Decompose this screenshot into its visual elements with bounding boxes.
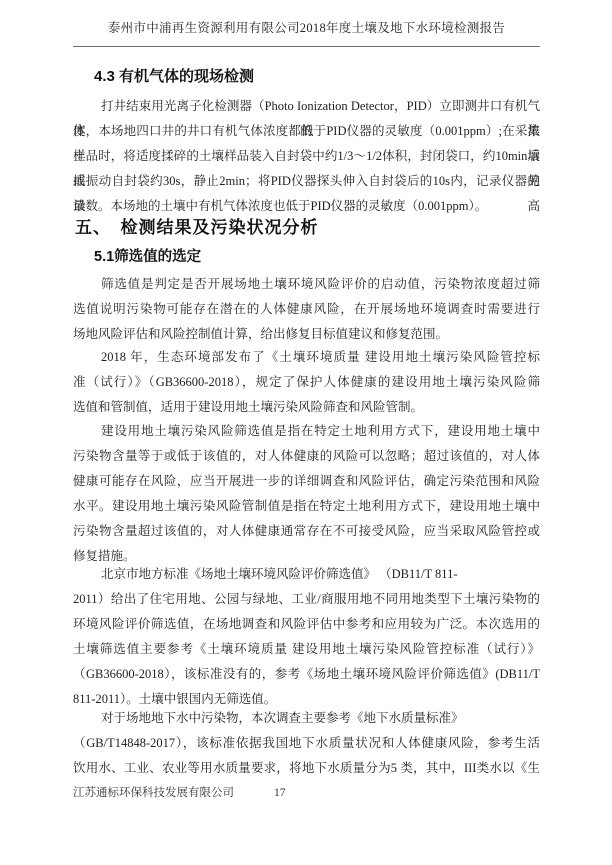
section-heading-4-3: 4.3 有机气体的现场检测 (94, 65, 254, 89)
paragraph-screening-control-values: 建设用地土壤污染风险筛选值是指在特定土地利用方式下，建设用地土壤中污染物含量等于… (73, 419, 540, 569)
header-divider (73, 46, 540, 47)
text-line: 打井结束用光离子化检测器（Photo Ionization Detector，P… (73, 94, 540, 119)
text-line: 场地风险评估和风险控制值计算，给出修复目标值建议和修复范围。 (73, 322, 540, 347)
text-line: 土壤筛选值主要参考《土壤环境质量 建设用地土壤污染风险管控标准（试行）》 (73, 637, 540, 662)
text-line: 样品时，将适度揉碎的土壤样品装入自封袋中约1/3～1/2体积，封闭袋口，约10m… (73, 144, 540, 169)
text-line: 污染物含量等于或低于该值的，对人体健康的风险可以忽略；超过该值的，对人体 (73, 444, 540, 469)
text-line: 选值和管制值，适用于建设用地土壤污染风险筛查和风险管制。 (73, 395, 540, 420)
document-page: 泰州市中浦再生资源利用有限公司2018年度土壤及地下水环境检测报告 4.3 有机… (0, 0, 612, 865)
text-line: 对于场地地下水中污染物，本次调查主要参考《地下水质量标准》 (73, 706, 540, 731)
header-title: 泰州市中浦再生资源利用有限公司2018年度土壤及地下水环境检测报告 (73, 20, 540, 36)
text-line: 准（试行）》（GB36600-2018），规定了保护人体健康的建设用地土壤污染风… (73, 370, 540, 395)
text-line: （GB/T14848-2017），该标准依据我国地下水质量状况和人体健康风险，参… (73, 731, 540, 756)
paragraph-beijing-local-standard: 北京市地方标准《场地土壤环境风险评价筛选值》 （DB11/T 811-2011）… (73, 562, 540, 712)
text-line: 或振动自封袋约30s，静止2min；将PID仪器探头伸入自封袋后的10s内，记录… (73, 169, 540, 194)
footer-company: 江苏通标环保科技发展有限公司 (73, 786, 234, 800)
text-line: 2018 年，生态环境部发布了《土壤环境质量 建设用地土壤污染风险管控标 (73, 345, 540, 370)
text-line: 健康可能存在风险，应当开展进一步的详细调查和风险评估，确定污染范围和风险 (73, 469, 540, 494)
paragraph-groundwater-standard: 对于场地地下水中污染物，本次调查主要参考《地下水质量标准》（GB/T14848-… (73, 706, 540, 781)
section-heading-5-1: 5.1筛选值的选定 (94, 245, 201, 269)
text-line: 度，本场地四口井的井口有机气体浓度都低于PID仪器的灵敏度（0.001ppm）;… (73, 119, 540, 144)
paragraph-pid-detection: 打井结束用光离子化检测器（Photo Ionization Detector，P… (73, 94, 540, 219)
page-number: 17 (274, 786, 286, 800)
text-line: 饮用水、工业、农业等用水质量要求，将地下水质量分为5 类，其中，III类水以《生 (73, 756, 540, 781)
text-line: 污染物含量超过该值的，对人体健康通常存在不可接受风险，应当采取风险管控或 (73, 519, 540, 544)
paragraph-screening-value-definition: 筛选值是判定是否开展场地土壤环境风险评价的启动值，污染物浓度超过筛选值说明污染物… (73, 272, 540, 347)
text-line: 筛选值是判定是否开展场地土壤环境风险评价的启动值，污染物浓度超过筛 (73, 272, 540, 297)
text-line: 2011）给出了住宅用地、公园与绿地、工业/商服用地不同用地类型下土壤污染物的 (73, 587, 540, 612)
chapter-heading-5: 五、 检测结果及污染状况分析 (75, 214, 319, 242)
text-line: 水平。建设用地土壤污染风险管制值是指在特定土地利用方式下，建设用地土壤中 (73, 494, 540, 519)
text-line: 选值说明污染物可能存在潜在的人体健康风险，在开展场地环境调查时需要进行 (73, 297, 540, 322)
text-line: 环境风险评价筛选值，在场地调查和风险评估中参考和应用较为广泛。本次选用的 (73, 612, 540, 637)
paragraph-gb36600-standard: 2018 年，生态环境部发布了《土壤环境质量 建设用地土壤污染风险管控标准（试行… (73, 345, 540, 420)
text-line: 建设用地土壤污染风险筛选值是指在特定土地利用方式下，建设用地土壤中 (73, 419, 540, 444)
text-line: 北京市地方标准《场地土壤环境风险评价筛选值》 （DB11/T 811- (73, 562, 540, 587)
text-line: （GB36600-2018），该标准没有的，参考《场地土壤环境风险评价筛选值》(… (73, 662, 540, 687)
